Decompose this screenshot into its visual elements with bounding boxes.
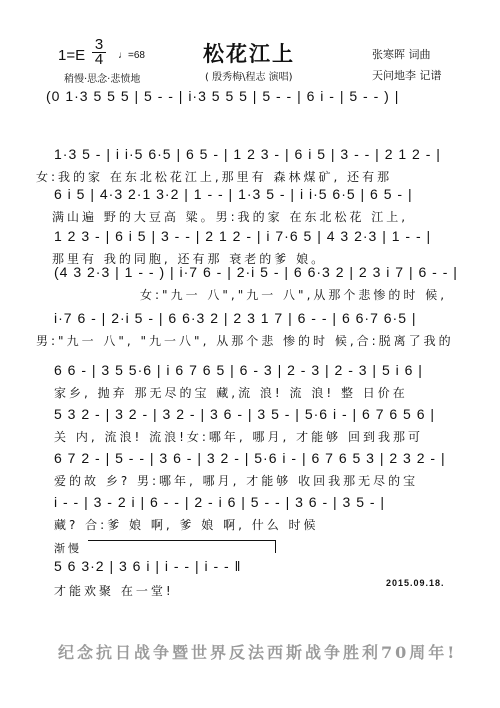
transcriber: 天问地李 记谱 (372, 65, 442, 86)
volta-bracket (88, 540, 276, 553)
song-title: 松花江上 (203, 38, 295, 68)
lyrics: 满山遍 野的大豆高 粱。男:我的家 在东北松花 江上, (52, 208, 408, 225)
notation: i - - | 3 - 2 i | 6 - - | 2 - i 6 | 5 - … (54, 494, 385, 510)
date: 2015.09.18. (386, 578, 445, 588)
notation: 6 i 5 | 4·3 2·1 3·2 | 1 - - | 1·3 5 - | … (54, 186, 413, 202)
notation: 6 7 2 - | 5 - - | 3 6 - | 3 2 - | 5·6 i … (54, 450, 446, 466)
lyrics: 关 内, 流浪! 流浪!女:哪年, 哪月, 才能够 回到我那可 (54, 428, 423, 445)
notation: 5 6 3·2 | 3 6 i | i - - | i - - ‖ (54, 558, 241, 574)
commemoration-footer: 纪念抗日战争暨世界反法西斯战争胜利70周年! (58, 640, 457, 663)
lyrics: 藏? 合:爹 娘 啊, 爹 娘 啊, 什么 时候 (54, 516, 319, 533)
notation: (4 3 2·3 | 1 - - ) | i·7 6 - | 2·i 5 - |… (54, 264, 458, 280)
time-signature: 3 4 (92, 38, 106, 67)
lyrics: 男:"九一 八", "九一八", 从那个悲 惨的时 候,合:脱离了我的 (36, 332, 454, 349)
notation: 1·3 5 - | i i·5 6·5 | 6 5 - | 1 2 3 - | … (54, 146, 441, 162)
tempo-marking: ♩=68 (118, 50, 145, 61)
lyrics: 女:"九一 八","九一 八",从那个悲惨的时 候, (140, 286, 447, 303)
expression-marking: 稍慢·思念·悲愤地 (64, 70, 140, 85)
notation: 6 6 - | 3 5 5·6 | i 6 7 6 5 | 6 - 3 | 2 … (54, 362, 423, 378)
lyrics: 家乡, 抛弃 那无尽的宝 藏,流 浪! 流 浪! 整 日价在 (54, 384, 408, 401)
notation: (0 1·3 5 5 5 | 5 - - | i·3 5 5 5 | 5 - -… (46, 88, 399, 104)
time-signature-denominator: 4 (92, 53, 106, 67)
lyricist-composer: 张寒晖 词曲 (372, 44, 442, 65)
notation: 5 3 2 - | 3 2 - | 3 2 - | 3 6 - | 3 5 - … (54, 406, 435, 422)
notation: i·7 6 - | 2·i 5 - | 6 6·3 2 | 2 3 1 7 | … (54, 310, 417, 326)
notation: 1 2 3 - | 6 i 5 | 3 - - | 2 1 2 - | i 7·… (54, 228, 431, 244)
singers: ( 殷秀梅\程志 演唱) (205, 68, 293, 83)
credits: 张寒晖 词曲 天问地李 记谱 (372, 44, 442, 86)
lyrics: 爱的故 乡? 男:哪年, 哪月, 才能够 收回我那无尽的宝 (54, 472, 418, 489)
lyrics: 女:我的家 在东北松花江上,那里有 森林煤矿, 还有那 (36, 168, 392, 185)
lyrics: 才能欢聚 在一堂! (54, 582, 174, 599)
key-signature: 1=E (58, 47, 85, 64)
ritardando-marking: 渐慢 (54, 540, 82, 556)
